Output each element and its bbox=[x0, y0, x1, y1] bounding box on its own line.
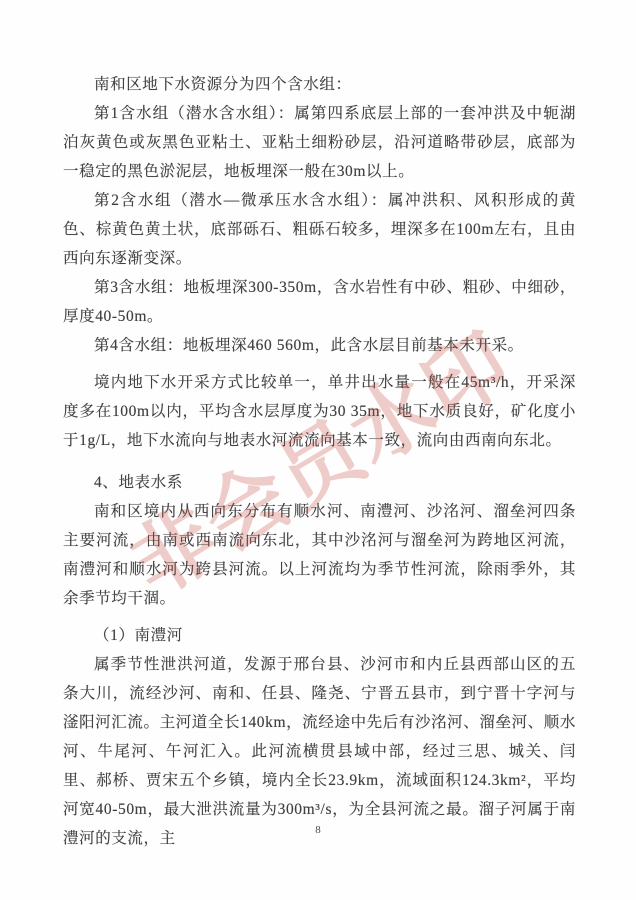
page-number: 8 bbox=[0, 824, 636, 836]
paragraph-aquifer-1: 第1含水组（潜水含水组）：属第四系底层上部的一套冲洪及中轭湖泊灰黄色或灰黑色亚粘… bbox=[63, 99, 576, 186]
paragraph-intro: 南和区地下水资源分为四个含水组： bbox=[63, 70, 576, 99]
paragraph-aquifer-2: 第2含水组（潜水—微承压水含水组）：属冲洪积、风积形成的黄色、棕黄色黄土状，底部… bbox=[63, 186, 576, 273]
paragraph-aquifer-3: 第3含水组：地板埋深300-350m，含水岩性有中砂、粗砂、中细砂，厚度40-5… bbox=[63, 273, 576, 331]
document-page: 南和区地下水资源分为四个含水组： 第1含水组（潜水含水组）：属第四系底层上部的一… bbox=[0, 0, 636, 900]
heading-nanli-river: （1）南澧河 bbox=[63, 621, 576, 650]
paragraph-nanli-river-detail: 属季节性泄洪河道，发源于邢台县、沙河市和内丘县西部山区的五条大川，流经沙河、南和… bbox=[63, 650, 576, 853]
